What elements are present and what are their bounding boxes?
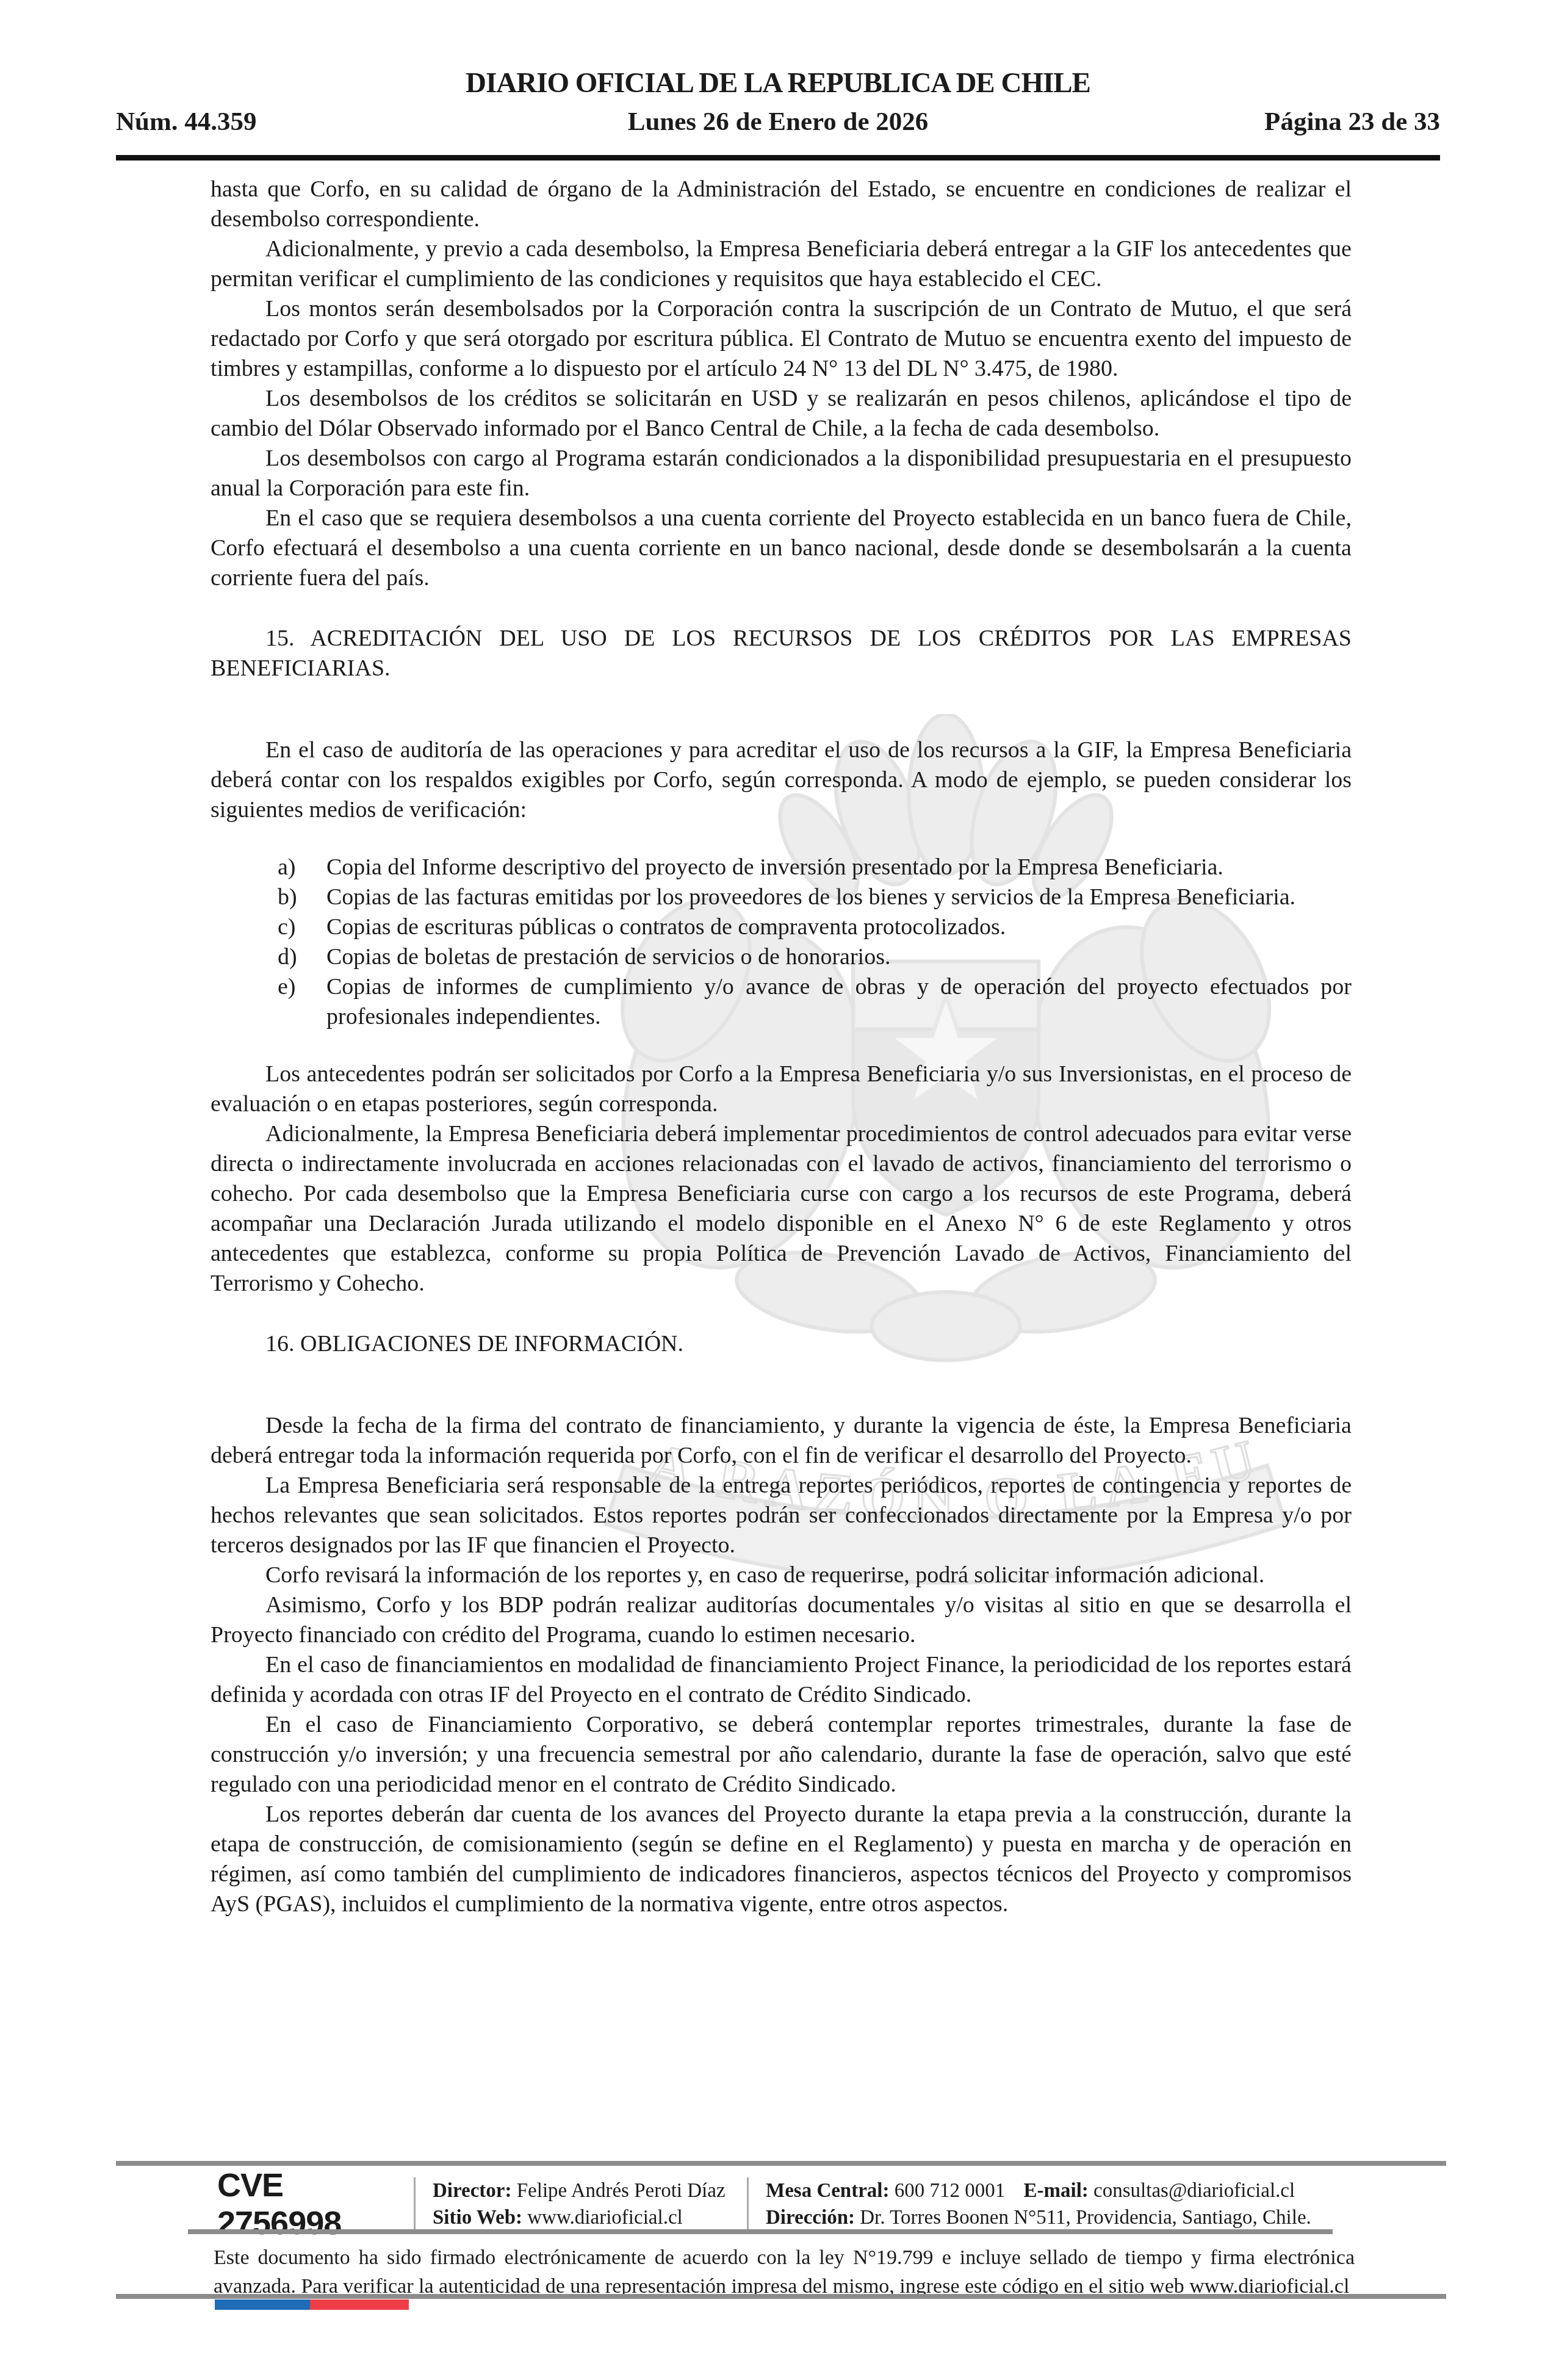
body-paragraph: Desde la fecha de la firma del contrato … xyxy=(211,1411,1352,1471)
body-paragraph: Adicionalmente, la Empresa Beneficiaria … xyxy=(211,1119,1352,1299)
body-paragraph: En el caso de auditoría de las operacion… xyxy=(211,735,1352,825)
section-heading-16: 16. OBLIGACIONES DE INFORMACIÓN. xyxy=(211,1329,1352,1359)
body-paragraph: Los antecedentes podrán ser solicitados … xyxy=(211,1059,1352,1119)
footer-rule-top xyxy=(116,2161,1446,2166)
issue-date: Lunes 26 de Enero de 2026 xyxy=(116,107,1440,137)
list-item: b) Copias de las facturas emitidas por l… xyxy=(278,882,1352,912)
document-body: hasta que Corfo, en su calidad de órgano… xyxy=(211,175,1352,1919)
list-item: a) Copia del Informe descriptivo del pro… xyxy=(278,853,1352,882)
website-line: Sitio Web: www.diarioficial.cl xyxy=(433,2204,747,2231)
body-paragraph: Asimismo, Corfo y los BDP podrán realiza… xyxy=(211,1590,1352,1650)
header-rule xyxy=(116,155,1440,160)
footer-divider xyxy=(747,2177,749,2231)
list-text: Copias de informes de cumplimiento y/o a… xyxy=(326,972,1352,1032)
body-paragraph: La Empresa Beneficiaria será responsable… xyxy=(211,1471,1352,1560)
chile-flag-mark xyxy=(215,2299,409,2310)
website-label: Sitio Web: xyxy=(433,2207,522,2229)
flag-blue-bar xyxy=(215,2299,310,2310)
legal-notice: Este documento ha sido firmado electróni… xyxy=(214,2243,1355,2301)
section-heading-15: 15. ACREDITACIÓN DEL USO DE LOS RECURSOS… xyxy=(211,624,1352,683)
body-paragraph: En el caso que se requiera desembolsos a… xyxy=(211,503,1352,593)
flag-red-bar xyxy=(310,2299,409,2310)
list-marker: b) xyxy=(278,882,326,912)
verification-list: a) Copia del Informe descriptivo del pro… xyxy=(211,853,1352,1032)
list-text: Copias de escrituras públicas o contrato… xyxy=(326,912,1352,942)
list-item: c) Copias de escrituras públicas o contr… xyxy=(278,912,1352,942)
director-name: Felipe Andrés Peroti Díaz xyxy=(517,2180,726,2202)
publication-title: DIARIO OFICIAL DE LA REPUBLICA DE CHILE xyxy=(116,67,1440,99)
body-paragraph: Los desembolsos con cargo al Programa es… xyxy=(211,444,1352,503)
phone-label: Mesa Central: xyxy=(766,2180,890,2202)
body-paragraph: Los montos serán desembolsados por la Co… xyxy=(211,294,1352,384)
footer-rule-middle xyxy=(188,2229,1333,2234)
phone-number: 600 712 0001 xyxy=(895,2180,1006,2202)
list-marker: c) xyxy=(278,912,326,942)
body-paragraph: Los desembolsos de los créditos se solic… xyxy=(211,384,1352,444)
list-marker: d) xyxy=(278,942,326,972)
body-paragraph: En el caso de Financiamiento Corporativo… xyxy=(211,1710,1352,1800)
footer-director-block: Director: Felipe Andrés Peroti Díaz Siti… xyxy=(433,2177,747,2231)
website-url[interactable]: www.diarioficial.cl xyxy=(527,2207,682,2229)
list-item: e) Copias de informes de cumplimiento y/… xyxy=(278,972,1352,1032)
body-paragraph: Adicionalmente, y previo a cada desembol… xyxy=(211,234,1352,294)
list-text: Copias de boletas de prestación de servi… xyxy=(326,942,1352,972)
footer-rule-bottom xyxy=(116,2294,1446,2299)
director-line: Director: Felipe Andrés Peroti Díaz xyxy=(433,2177,747,2204)
page-indicator: Página 23 de 33 xyxy=(1264,107,1440,137)
list-text: Copias de las facturas emitidas por los … xyxy=(326,882,1352,912)
list-text: Copia del Informe descriptivo del proyec… xyxy=(326,853,1352,882)
body-paragraph: En el caso de financiamientos en modalid… xyxy=(211,1650,1352,1710)
phone-email-line: Mesa Central: 600 712 0001 E-mail: consu… xyxy=(766,2177,1311,2204)
address-label: Dirección: xyxy=(766,2207,855,2229)
list-marker: e) xyxy=(278,972,326,1032)
email-label: E-mail: xyxy=(1024,2180,1089,2202)
footer-contact-block: Mesa Central: 600 712 0001 E-mail: consu… xyxy=(766,2177,1311,2231)
masthead: DIARIO OFICIAL DE LA REPUBLICA DE CHILE … xyxy=(116,67,1440,160)
address-value: Dr. Torres Boonen N°511, Providencia, Sa… xyxy=(860,2207,1311,2229)
address-line: Dirección: Dr. Torres Boonen N°511, Prov… xyxy=(766,2204,1311,2231)
footer-info: CVE 2756998 Director: Felipe Andrés Pero… xyxy=(217,2177,1413,2231)
body-paragraph: Los reportes deberán dar cuenta de los a… xyxy=(211,1800,1352,1919)
email-address[interactable]: consultas@diarioficial.cl xyxy=(1093,2180,1295,2202)
footer-divider xyxy=(414,2177,416,2231)
list-item: d) Copias de boletas de prestación de se… xyxy=(278,942,1352,972)
list-marker: a) xyxy=(278,853,326,882)
gazette-page: POR LA RAZÓN O LA FUERZA DIARIO OFICIAL … xyxy=(0,0,1556,2380)
body-paragraph: Corfo revisará la información de los rep… xyxy=(211,1560,1352,1590)
body-paragraph: hasta que Corfo, en su calidad de órgano… xyxy=(211,175,1352,234)
director-label: Director: xyxy=(433,2180,511,2202)
